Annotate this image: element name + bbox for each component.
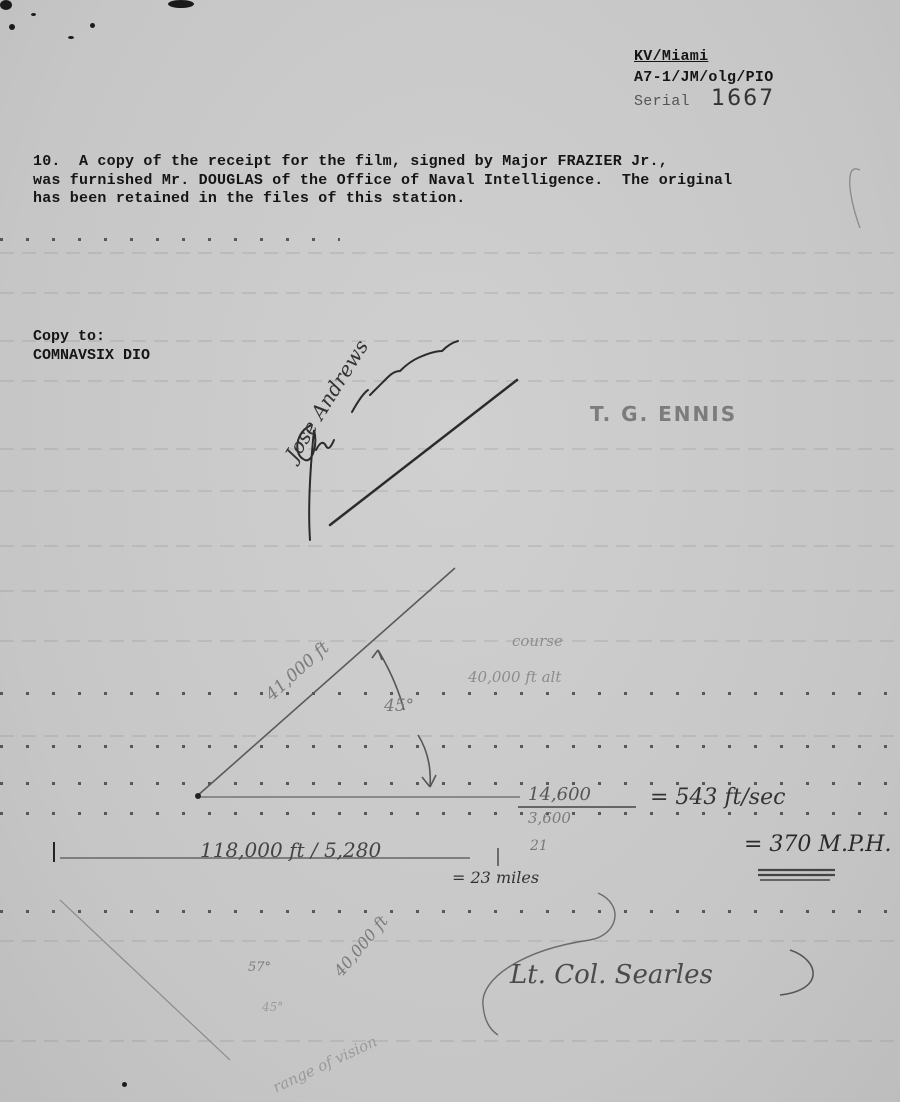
lower-angle-label: 57° [248, 960, 271, 975]
angle-label: 45° [384, 696, 414, 716]
lower-angle-label-2: 45° [262, 1000, 283, 1014]
distance-fraction: 21 [530, 838, 548, 854]
speed-mph: = 370 M.P.H. [744, 832, 891, 857]
scanned-document-page: KV/Miami A7-1/JM/olg/PIO Serial 1667 10.… [0, 0, 900, 1102]
margin-bracket [850, 169, 860, 228]
handwritten-sketch [0, 0, 900, 1102]
handwritten-signature-2: Lt. Col. Searles [510, 960, 713, 990]
faint-diagonal-line [60, 900, 230, 1060]
speed-ft-per-sec: = 543 ft/sec [650, 785, 785, 810]
fraction-numerator: 14,600 [528, 784, 591, 805]
altitude-note: 40,000 ft alt [468, 668, 561, 686]
fraction-denominator: 3,600 [528, 809, 571, 827]
distance-calculation: 118,000 ft / 5,280 [200, 838, 381, 862]
course-note: course [512, 632, 563, 650]
distance-result: = 23 miles [452, 868, 539, 887]
